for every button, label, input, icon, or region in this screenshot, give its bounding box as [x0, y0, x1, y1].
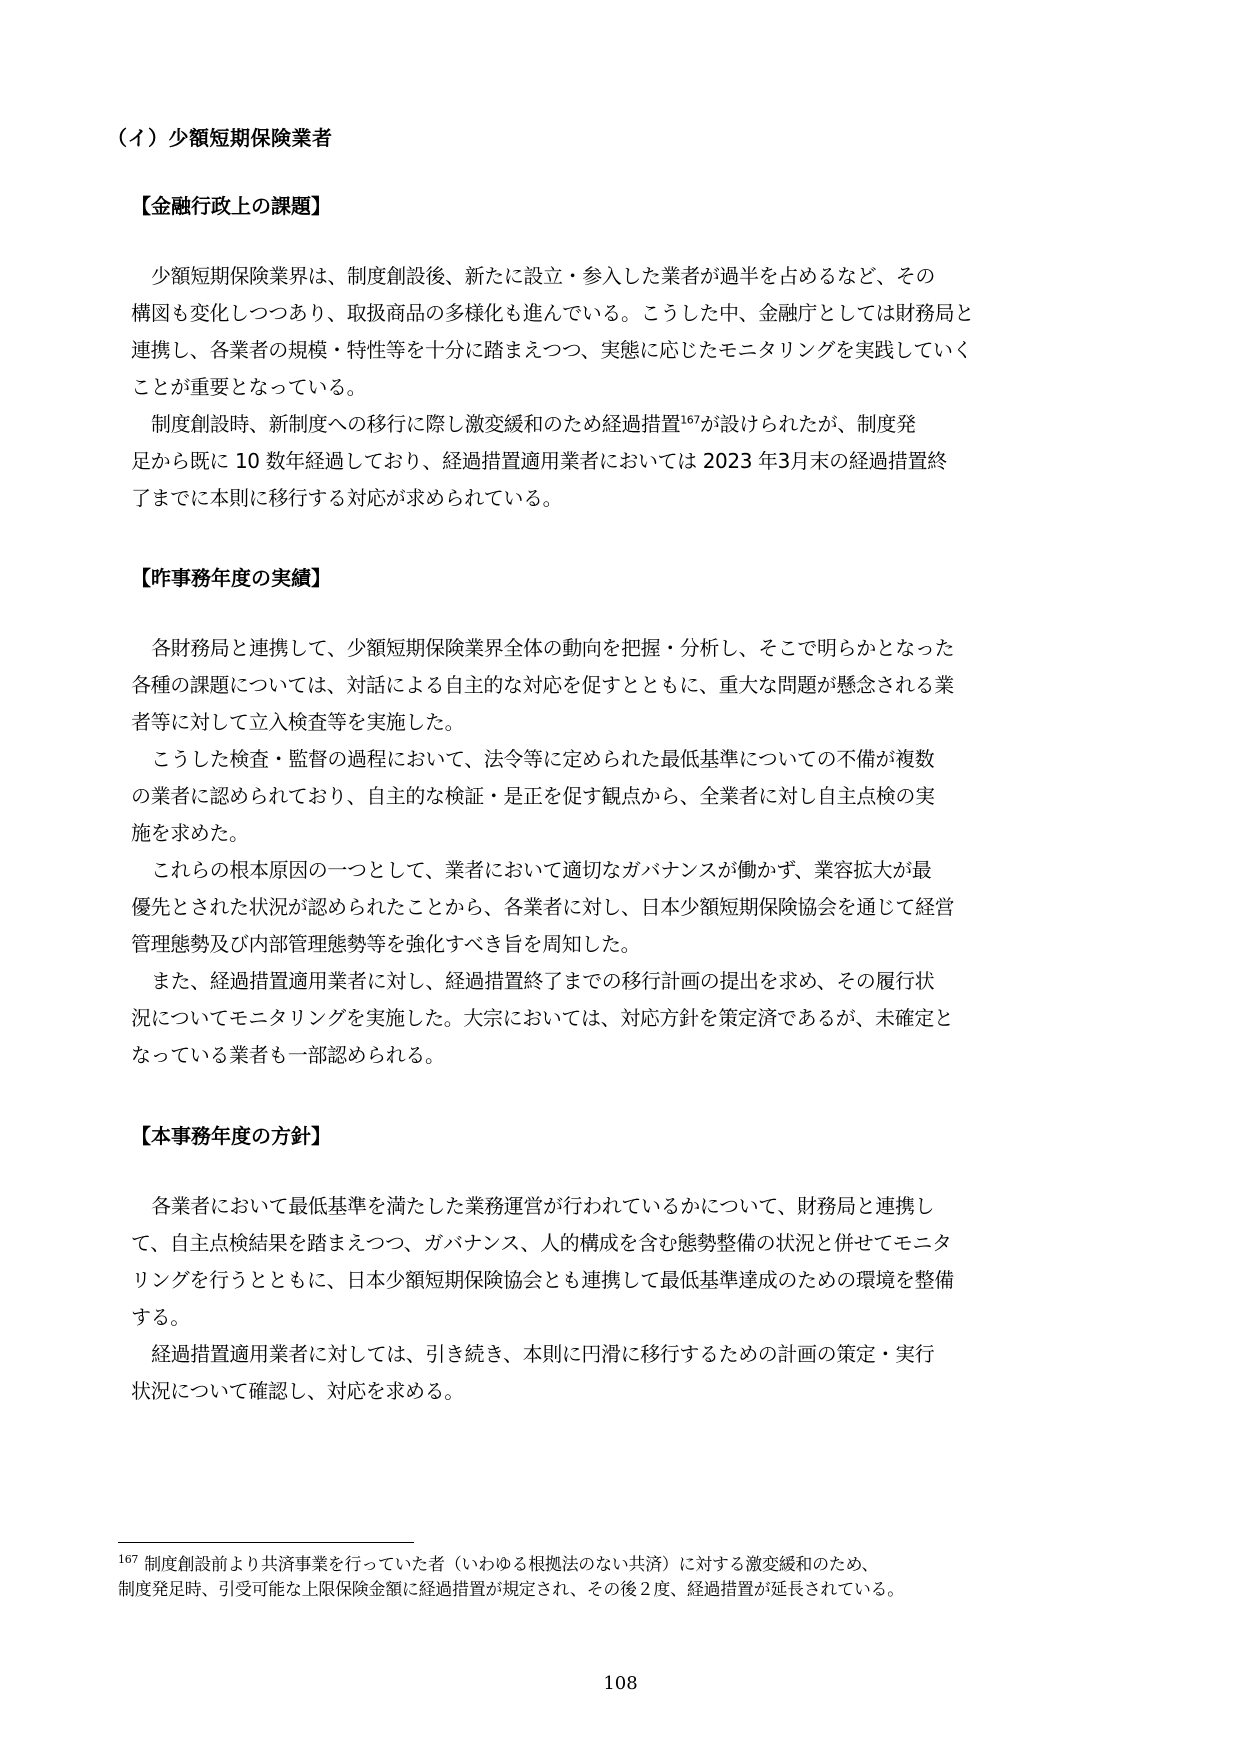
footnote-reference[interactable]: 167 [680, 413, 700, 426]
paragraph-line: の業者に認められており、自主的な検証・是正を促す観点から、全業者に対し自主点検の… [131, 782, 1111, 810]
paragraph-line: リングを行うとともに、日本少額短期保険協会とも連携して最低基準達成のための環境を… [131, 1266, 1111, 1294]
paragraph-text: が設けられたが、制度発 [700, 412, 916, 436]
paragraph-line: ことが重要となっている。 [131, 373, 1111, 401]
paragraph-line: 況についてモニタリングを実施した。大宗においては、対応方針を策定済であるが、未確… [131, 1004, 1111, 1032]
document-page: （イ）少額短期保険業者 【金融行政上の課題】 少額短期保険業界は、制度創設後、新… [0, 0, 1241, 1754]
footnote-number: 167 [118, 1553, 138, 1566]
paragraph-line: これらの根本原因の一つとして、業者において適切なガバナンスが働かず、業容拡大が最 [151, 856, 1131, 884]
footnote-line: 167制度創設前より共済事業を行っていた者（いわゆる根拠法のない共済）に対する激… [118, 1554, 878, 1576]
paragraph-line: 構図も変化しつつあり、取扱商品の多様化も進んでいる。こうした中、金融庁としては財… [131, 299, 1111, 327]
heading-administrative-issues: 【金融行政上の課題】 [131, 190, 331, 219]
footnote-divider [118, 1542, 414, 1543]
heading-previous-year-results: 【昨事務年度の実績】 [131, 562, 331, 591]
heading-current-year-policy: 【本事務年度の方針】 [131, 1120, 331, 1149]
footnote-text: 制度創設前より共済事業を行っていた者（いわゆる根拠法のない共済）に対する激変緩和… [144, 1555, 878, 1575]
paragraph-line: 少額短期保険業界は、制度創設後、新たに設立・参入した業者が過半を占めるなど、その [151, 262, 1131, 290]
section-title: （イ）少額短期保険業者 [107, 122, 333, 151]
paragraph-line: 足から既に 10 数年経過しており、経過措置適用業者においては 2023 年3月… [131, 447, 1111, 475]
paragraph-line: 経過措置適用業者に対しては、引き続き、本則に円滑に移行するための計画の策定・実行 [151, 1340, 1131, 1368]
footnote-line: 制度発足時、引受可能な上限保険金額に経過措置が規定され、その後２度、経過措置が延… [118, 1579, 904, 1601]
paragraph-line: する。 [131, 1303, 1111, 1331]
paragraph-line: 各業者において最低基準を満たした業務運営が行われているかについて、財務局と連携し [151, 1192, 1131, 1220]
paragraph-line: こうした検査・監督の過程において、法令等に定められた最低基準についての不備が複数 [151, 745, 1131, 773]
paragraph-line: 施を求めた。 [131, 819, 1111, 847]
paragraph-line: 状況について確認し、対応を求める。 [131, 1377, 1111, 1405]
paragraph-line: 了までに本則に移行する対応が求められている。 [131, 484, 1111, 512]
paragraph-line: 各種の課題については、対話による自主的な対応を促すとともに、重大な問題が懸念され… [131, 671, 1111, 699]
page-number: 108 [0, 1673, 1241, 1694]
paragraph-line: また、経過措置適用業者に対し、経過措置終了までの移行計画の提出を求め、その履行状 [151, 967, 1131, 995]
paragraph-line: 者等に対して立入検査等を実施した。 [131, 708, 1111, 736]
paragraph-line: なっている業者も一部認められる。 [131, 1041, 1111, 1069]
paragraph-line: 連携し、各業者の規模・特性等を十分に踏まえつつ、実態に応じたモニタリングを実践し… [131, 336, 1111, 364]
paragraph-line: 優先とされた状況が認められたことから、各業者に対し、日本少額短期保険協会を通じて… [131, 893, 1111, 921]
paragraph-line: て、自主点検結果を踏まえつつ、ガバナンス、人的構成を含む態勢整備の状況と併せてモ… [131, 1229, 1111, 1257]
paragraph-line: 各財務局と連携して、少額短期保険業界全体の動向を把握・分析し、そこで明らかとなっ… [151, 634, 1131, 662]
paragraph-line-with-footnote: 制度創設時、新制度への移行に際し激変緩和のため経過措置167が設けられたが、制度… [151, 410, 1131, 438]
paragraph-line: 管理態勢及び内部管理態勢等を強化すべき旨を周知した。 [131, 930, 1111, 958]
paragraph-text: 制度創設時、新制度への移行に際し激変緩和のため経過措置 [151, 412, 680, 436]
